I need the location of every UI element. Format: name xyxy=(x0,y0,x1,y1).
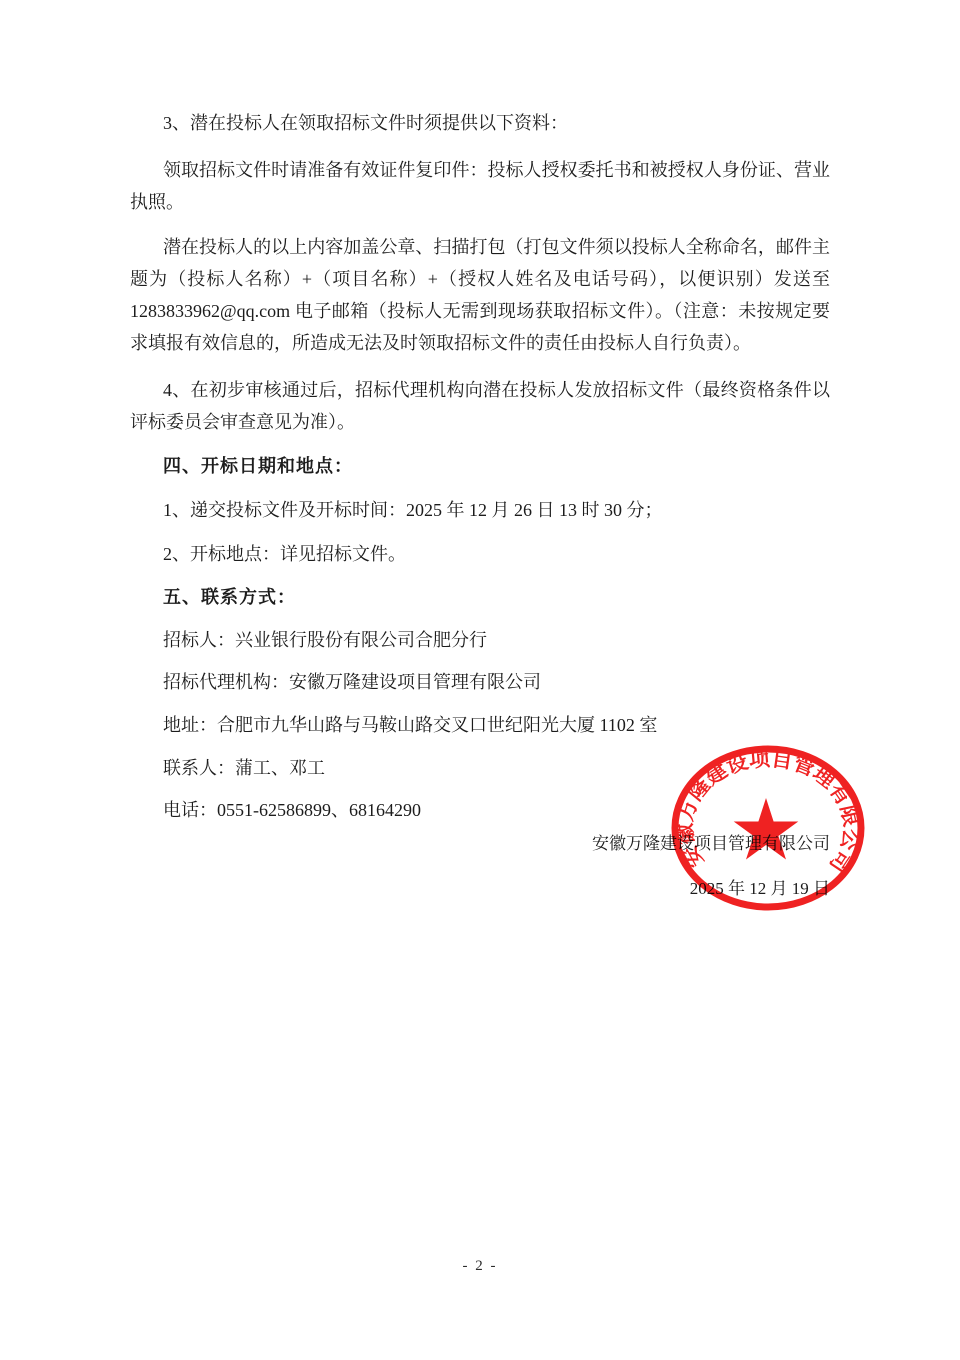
clause-3-documents: 领取招标文件时请准备有效证件复印件：投标人授权委托书和被授权人身份证、营业执照。 xyxy=(130,154,830,218)
signature-date: 2025 年 12 月 19 日 xyxy=(130,873,830,905)
clause-3: 3、潜在投标人在领取招标文件时须提供以下资料： xyxy=(130,107,830,139)
section-4-item-2: 2、开标地点：详见招标文件。 xyxy=(130,538,830,570)
document-body: 3、潜在投标人在领取招标文件时须提供以下资料： 领取招标文件时请准备有效证件复印… xyxy=(130,107,830,905)
contact-phone: 电话：0551-62586899、68164290 xyxy=(130,794,830,826)
page-number: - 2 - xyxy=(0,1258,960,1275)
section-4-item-1: 1、递交投标文件及开标时间：2025 年 12 月 26 日 13 时 30 分… xyxy=(130,494,830,526)
clause-3-package: 潜在投标人的以上内容加盖公章、扫描打包（打包文件须以投标人全称命名，邮件主题为（… xyxy=(130,231,830,359)
section-4-heading: 四、开标日期和地点： xyxy=(130,450,830,482)
contact-address: 地址：合肥市九华山路与马鞍山路交叉口世纪阳光大厦 1102 室 xyxy=(130,709,830,741)
contact-person: 联系人：蒲工、邓工 xyxy=(130,752,830,784)
document-page: 3、潜在投标人在领取招标文件时须提供以下资料： 领取招标文件时请准备有效证件复印… xyxy=(0,0,960,1360)
section-5-heading: 五、联系方式： xyxy=(130,581,830,613)
contact-tenderer: 招标人：兴业银行股份有限公司合肥分行 xyxy=(130,624,830,656)
clause-4: 4、在初步审核通过后，招标代理机构向潜在投标人发放招标文件（最终资格条件以评标委… xyxy=(130,374,830,438)
contact-agency: 招标代理机构：安徽万隆建设项目管理有限公司 xyxy=(130,666,830,698)
signature-company: 安徽万隆建设项目管理有限公司 xyxy=(130,828,830,860)
